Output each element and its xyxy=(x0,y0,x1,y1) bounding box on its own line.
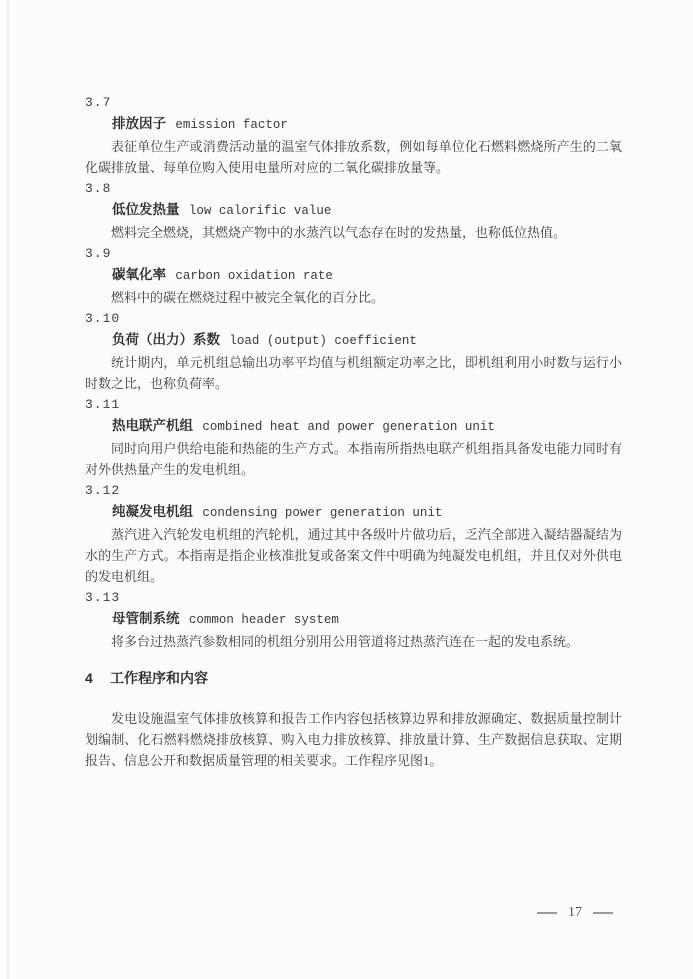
definition-body: 燃料中的碳在燃烧过程中被完全氧化的百分比。 xyxy=(85,287,622,308)
term-english: low calorific value xyxy=(189,204,332,218)
term-english: combined heat and power generation unit xyxy=(202,420,495,434)
term-chinese: 低位发热量 xyxy=(112,202,180,217)
term-english: common header system xyxy=(189,613,339,627)
chapter-paragraph: 发电设施温室气体排放核算和报告工作内容包括核算边界和排放源确定、数据质量控制计划… xyxy=(85,708,622,771)
definition-section-3-9: 3.9 碳氧化率 carbon oxidation rate 燃料中的碳在燃烧过… xyxy=(85,243,622,308)
section-number: 3.8 xyxy=(85,178,622,199)
footer-dash-right xyxy=(593,912,613,914)
section-number: 3.9 xyxy=(85,243,622,264)
term-line: 母管制系统 common header system xyxy=(85,608,622,631)
term-chinese: 碳氧化率 xyxy=(112,267,166,282)
definition-section-3-10: 3.10 负荷（出力）系数 load (output) coefficient … xyxy=(85,308,622,394)
term-line: 纯凝发电机组 condensing power generation unit xyxy=(85,501,622,524)
definition-section-3-7: 3.7 排放因子 emission factor 表征单位生产或消费活动量的温室… xyxy=(85,92,622,178)
term-english: condensing power generation unit xyxy=(202,506,442,520)
section-number: 3.13 xyxy=(85,587,622,608)
term-line: 碳氧化率 carbon oxidation rate xyxy=(85,264,622,287)
section-number: 3.12 xyxy=(85,480,622,501)
definition-section-3-12: 3.12 纯凝发电机组 condensing power generation … xyxy=(85,480,622,587)
term-english: emission factor xyxy=(175,118,288,132)
definition-section-3-8: 3.8 低位发热量 low calorific value 燃料完全燃烧，其燃烧… xyxy=(85,178,622,243)
term-chinese: 热电联产机组 xyxy=(112,418,193,433)
definition-body: 蒸汽进入汽轮发电机组的汽轮机，通过其中各级叶片做功后，乏汽全部进入凝结器凝结为水… xyxy=(85,524,622,587)
term-line: 排放因子 emission factor xyxy=(85,113,622,136)
term-line: 热电联产机组 combined heat and power generatio… xyxy=(85,415,622,438)
term-chinese: 排放因子 xyxy=(112,116,166,131)
scan-edge-artifact xyxy=(7,0,9,979)
section-number: 3.10 xyxy=(85,308,622,329)
term-line: 负荷（出力）系数 load (output) coefficient xyxy=(85,329,622,352)
chapter-number: 4 xyxy=(85,668,110,689)
page-number: 17 xyxy=(568,906,582,920)
term-chinese: 纯凝发电机组 xyxy=(112,504,193,519)
definition-section-3-13: 3.13 母管制系统 common header system 将多台过热蒸汽参… xyxy=(85,587,622,652)
term-line: 低位发热量 low calorific value xyxy=(85,199,622,222)
page-footer: 17 xyxy=(533,902,617,923)
page-content: 3.7 排放因子 emission factor 表征单位生产或消费活动量的温室… xyxy=(85,92,622,771)
definition-section-3-11: 3.11 热电联产机组 combined heat and power gene… xyxy=(85,394,622,480)
definition-body: 燃料完全燃烧，其燃烧产物中的水蒸汽以气态存在时的发热量，也称低位热值。 xyxy=(85,222,622,243)
definition-body: 将多台过热蒸汽参数相同的机组分别用公用管道将过热蒸汽连在一起的发电系统。 xyxy=(85,631,622,652)
footer-dash-left xyxy=(537,912,557,914)
chapter-title: 工作程序和内容 xyxy=(110,670,208,686)
term-english: carbon oxidation rate xyxy=(175,269,333,283)
definition-body: 表征单位生产或消费活动量的温室气体排放系数，例如每单位化石燃料燃烧所产生的二氧化… xyxy=(85,136,622,178)
definition-body: 同时向用户供给电能和热能的生产方式。本指南所指热电联产机组指具备发电能力同时有对… xyxy=(85,438,622,480)
term-english: load (output) coefficient xyxy=(229,334,417,348)
term-chinese: 负荷（出力）系数 xyxy=(112,332,220,347)
document-page: 3.7 排放因子 emission factor 表征单位生产或消费活动量的温室… xyxy=(0,0,693,979)
section-number: 3.11 xyxy=(85,394,622,415)
definition-body: 统计期内，单元机组总输出功率平均值与机组额定功率之比，即机组利用小时数与运行小时… xyxy=(85,352,622,394)
term-chinese: 母管制系统 xyxy=(112,611,180,626)
section-number: 3.7 xyxy=(85,92,622,113)
chapter-heading: 4工作程序和内容 xyxy=(85,668,622,689)
